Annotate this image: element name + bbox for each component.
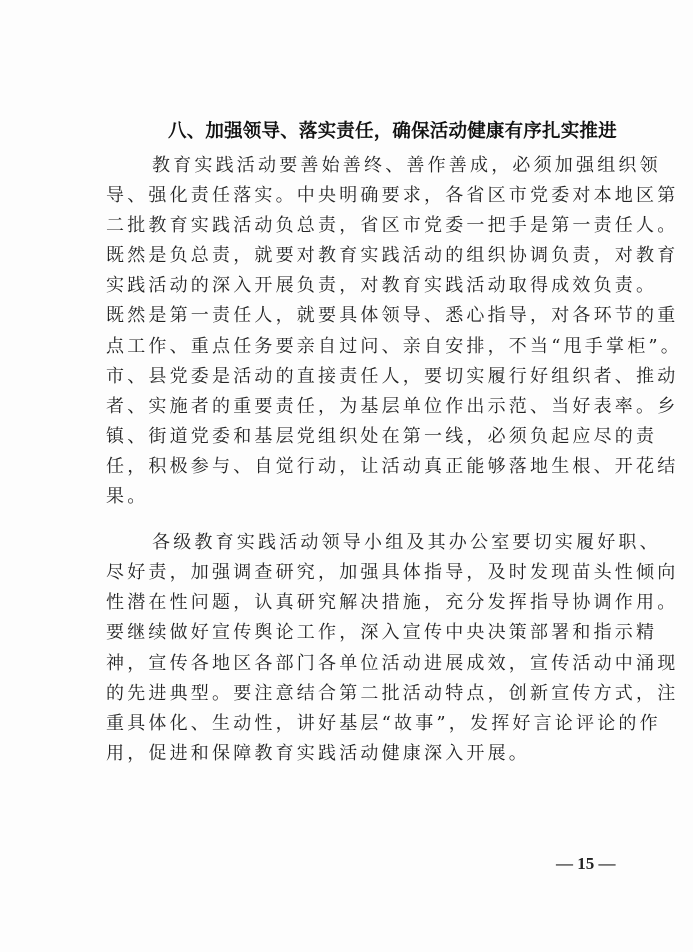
text-line: 用，促进和保障教育实践活动健康深入开展。 xyxy=(106,739,614,769)
text-line: 各级教育实践活动领导小组及其办公室要切实履好职、 xyxy=(106,528,614,558)
document-page: 八、加强领导、落实责任，确保活动健康有序扎实推进 教育实践活动要善始善终、善作善… xyxy=(0,0,693,952)
section-heading: 八、加强领导、落实责任，确保活动健康有序扎实推进 xyxy=(168,118,608,146)
text-line: 尽好责，加强调查研究，加强具体指导，及时发现苗头性倾向 xyxy=(106,558,614,588)
text-line: 果。 xyxy=(106,482,614,512)
text-line: 的先进典型。要注意结合第二批活动特点，创新宣传方式，注 xyxy=(106,679,614,709)
paragraph-1: 教育实践活动要善始善终、善作善成，必须加强组织领 导、强化责任落实。中央明确要求… xyxy=(106,151,614,512)
text-line: 神，宣传各地区各部门各单位活动进展成效，宣传活动中涌现 xyxy=(106,649,614,679)
text-line: 性潜在性问题，认真研究解决措施，充分发挥指导协调作用。 xyxy=(106,588,614,618)
text-line: 市、县党委是活动的直接责任人，要切实履行好组织者、推动 xyxy=(106,362,614,392)
text-line: 镇、街道党委和基层党组织处在第一线，必须负起应尽的责 xyxy=(106,422,614,452)
body-text: 教育实践活动要善始善终、善作善成，必须加强组织领 导、强化责任落实。中央明确要求… xyxy=(106,151,614,769)
text-line: 教育实践活动要善始善终、善作善成，必须加强组织领 xyxy=(106,151,614,181)
text-line: 实践活动的深入开展负责，对教育实践活动取得成效负责。 xyxy=(106,271,614,301)
text-line: 要继续做好宣传舆论工作，深入宣传中央决策部署和指示精 xyxy=(106,618,614,648)
text-line: 重具体化、生动性，讲好基层“故事”，发挥好言论评论的作 xyxy=(106,709,614,739)
text-line: 既然是第一责任人，就要具体领导、悉心指导，对各环节的重 xyxy=(106,301,614,331)
text-line: 二批教育实践活动负总责，省区市党委一把手是第一责任人。 xyxy=(106,211,614,241)
text-line: 导、强化责任落实。中央明确要求，各省区市党委对本地区第 xyxy=(106,181,614,211)
text-line: 任，积极参与、自觉行动，让活动真正能够落地生根、开花结 xyxy=(106,452,614,482)
paragraph-2: 各级教育实践活动领导小组及其办公室要切实履好职、 尽好责，加强调查研究，加强具体… xyxy=(106,528,614,769)
page-number: — 15 — xyxy=(556,854,616,874)
text-line: 既然是负总责，就要对教育实践活动的组织协调负责，对教育 xyxy=(106,241,614,271)
text-line: 者、实施者的重要责任，为基层单位作出示范、当好表率。乡 xyxy=(106,392,614,422)
text-line: 点工作、重点任务要亲自过问、亲自安排，不当“甩手掌柜”。 xyxy=(106,332,614,362)
